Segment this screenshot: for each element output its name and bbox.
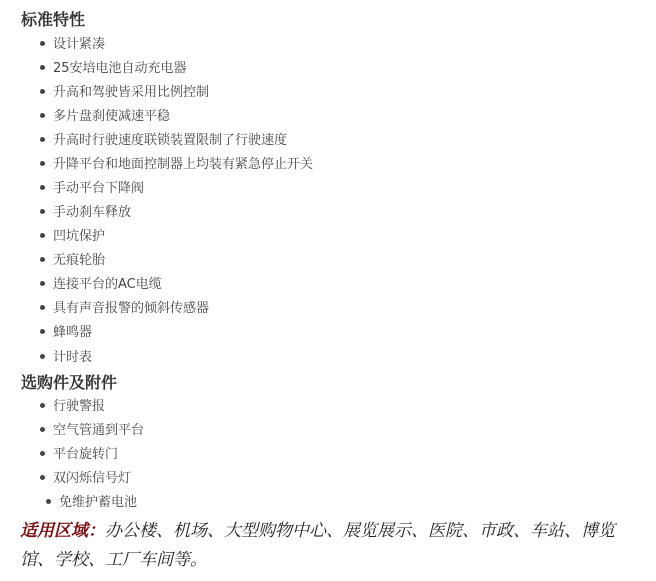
list-item: 升高和驾驶皆采用比例控制 bbox=[40, 84, 209, 102]
bullet-icon bbox=[40, 451, 45, 456]
bullet-icon bbox=[46, 499, 51, 504]
list-item: 空气管通到平台 bbox=[40, 422, 144, 440]
bullet-icon bbox=[40, 65, 45, 70]
bullet-icon bbox=[40, 257, 45, 262]
bullet-icon bbox=[40, 281, 45, 286]
list-item: 双闪烁信号灯 bbox=[40, 470, 131, 488]
bullet-icon bbox=[40, 209, 45, 214]
usage-areas-paragraph: 适用区域：办公楼、机场、大型购物中心、展览展示、医院、市政、车站、博览馆、学校、… bbox=[20, 517, 640, 575]
list-item: 凹坑保护 bbox=[40, 228, 105, 246]
list-item: 手动刹车释放 bbox=[40, 204, 131, 222]
bullet-icon bbox=[40, 89, 45, 94]
options-accessories-heading: 选购件及附件 bbox=[21, 373, 117, 393]
list-item: 免维护蓄电池 bbox=[46, 494, 137, 512]
standard-features-heading: 标准特性 bbox=[21, 10, 85, 30]
list-item: 蜂鸣器 bbox=[40, 324, 92, 342]
bullet-icon bbox=[40, 233, 45, 238]
list-item: 多片盘刹使减速平稳 bbox=[40, 108, 170, 126]
bullet-icon bbox=[40, 354, 45, 359]
bullet-icon bbox=[40, 137, 45, 142]
usage-areas-label: 适用区域： bbox=[20, 521, 105, 541]
bullet-icon bbox=[40, 329, 45, 334]
list-item: 行驶警报 bbox=[40, 398, 105, 416]
bullet-icon bbox=[40, 113, 45, 118]
list-item: 手动平台下降阀 bbox=[40, 180, 144, 198]
list-item: 计时表 bbox=[40, 349, 92, 367]
list-item: 无痕轮胎 bbox=[40, 252, 105, 270]
bullet-icon bbox=[40, 403, 45, 408]
bullet-icon bbox=[40, 305, 45, 310]
list-item: 升降平台和地面控制器上均装有紧急停止开关 bbox=[40, 156, 313, 174]
usage-areas-text: 办公楼、机场、大型购物中心、展览展示、医院、市政、车站、博览馆、学校、工厂车间等… bbox=[20, 521, 615, 570]
list-item: 连接平台的AC电缆 bbox=[40, 276, 162, 294]
bullet-icon bbox=[40, 185, 45, 190]
list-item: 具有声音报警的倾斜传感器 bbox=[40, 300, 209, 318]
list-item: 25安培电池自动充电器 bbox=[40, 60, 187, 78]
list-item: 升高时行驶速度联锁装置限制了行驶速度 bbox=[40, 132, 287, 150]
bullet-icon bbox=[40, 161, 45, 166]
bullet-icon bbox=[40, 427, 45, 432]
bullet-icon bbox=[40, 475, 45, 480]
list-item: 平台旋转门 bbox=[40, 446, 118, 464]
bullet-icon bbox=[40, 41, 45, 46]
list-item: 设计紧凑 bbox=[40, 36, 105, 54]
